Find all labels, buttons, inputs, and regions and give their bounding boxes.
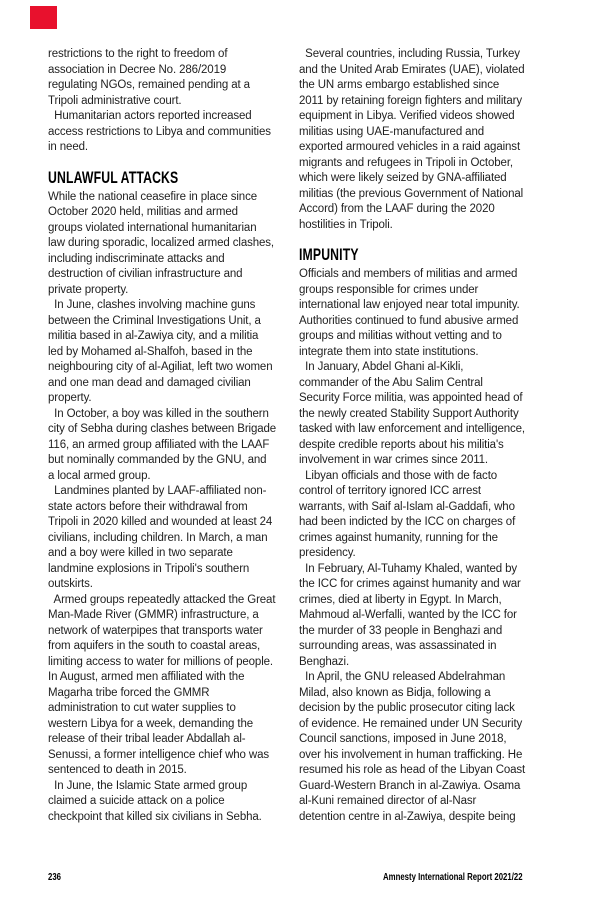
right-column: Several countries, including Russia, Tur… bbox=[299, 47, 547, 825]
paragraph-humanitarian-actors: Humanitarian actors reported increased a… bbox=[48, 109, 290, 156]
section-heading-unlawful-attacks: UNLAWFUL ATTACKS bbox=[48, 169, 222, 186]
paragraph-landmines: Landmines planted by LAAF-affiliated non… bbox=[48, 484, 290, 593]
paragraph-gmmr-attacks: Armed groups repeatedly attacked the Gre… bbox=[48, 593, 290, 779]
report-page: restrictions to the right to freedom of … bbox=[0, 0, 600, 921]
paragraph-ceasefire: While the national ceasefire in place si… bbox=[48, 190, 290, 299]
paragraph-icc-warrants: Libyan officials and those with de facto… bbox=[299, 469, 547, 562]
paragraph-alkikli-appointment: In January, Abdel Ghani al-Kikli, comman… bbox=[299, 360, 547, 469]
paragraph-june-clashes: In June, clashes involving machine guns … bbox=[48, 298, 290, 407]
red-marker bbox=[30, 6, 57, 29]
paragraph-islamic-state-attack: In June, the Islamic State armed group c… bbox=[48, 779, 290, 826]
left-column: restrictions to the right to freedom of … bbox=[48, 47, 290, 825]
paragraph-october-boy-killed: In October, a boy was killed in the sout… bbox=[48, 407, 290, 485]
footer-page-number: 236 bbox=[48, 872, 61, 884]
footer-report-title: Amnesty International Report 2021/22 bbox=[383, 872, 523, 884]
paragraph-arms-embargo: Several countries, including Russia, Tur… bbox=[299, 47, 547, 233]
paragraph-intro-continuation: restrictions to the right to freedom of … bbox=[48, 47, 290, 109]
paragraph-milad-release: In April, the GNU released Abdelrahman M… bbox=[299, 670, 547, 825]
paragraph-tuhamy-werfalli: In February, Al-Tuhamy Khaled, wanted by… bbox=[299, 562, 547, 671]
paragraph-officials-impunity: Officials and members of militias and ar… bbox=[299, 267, 547, 360]
section-heading-impunity: IMPUNITY bbox=[299, 246, 478, 263]
